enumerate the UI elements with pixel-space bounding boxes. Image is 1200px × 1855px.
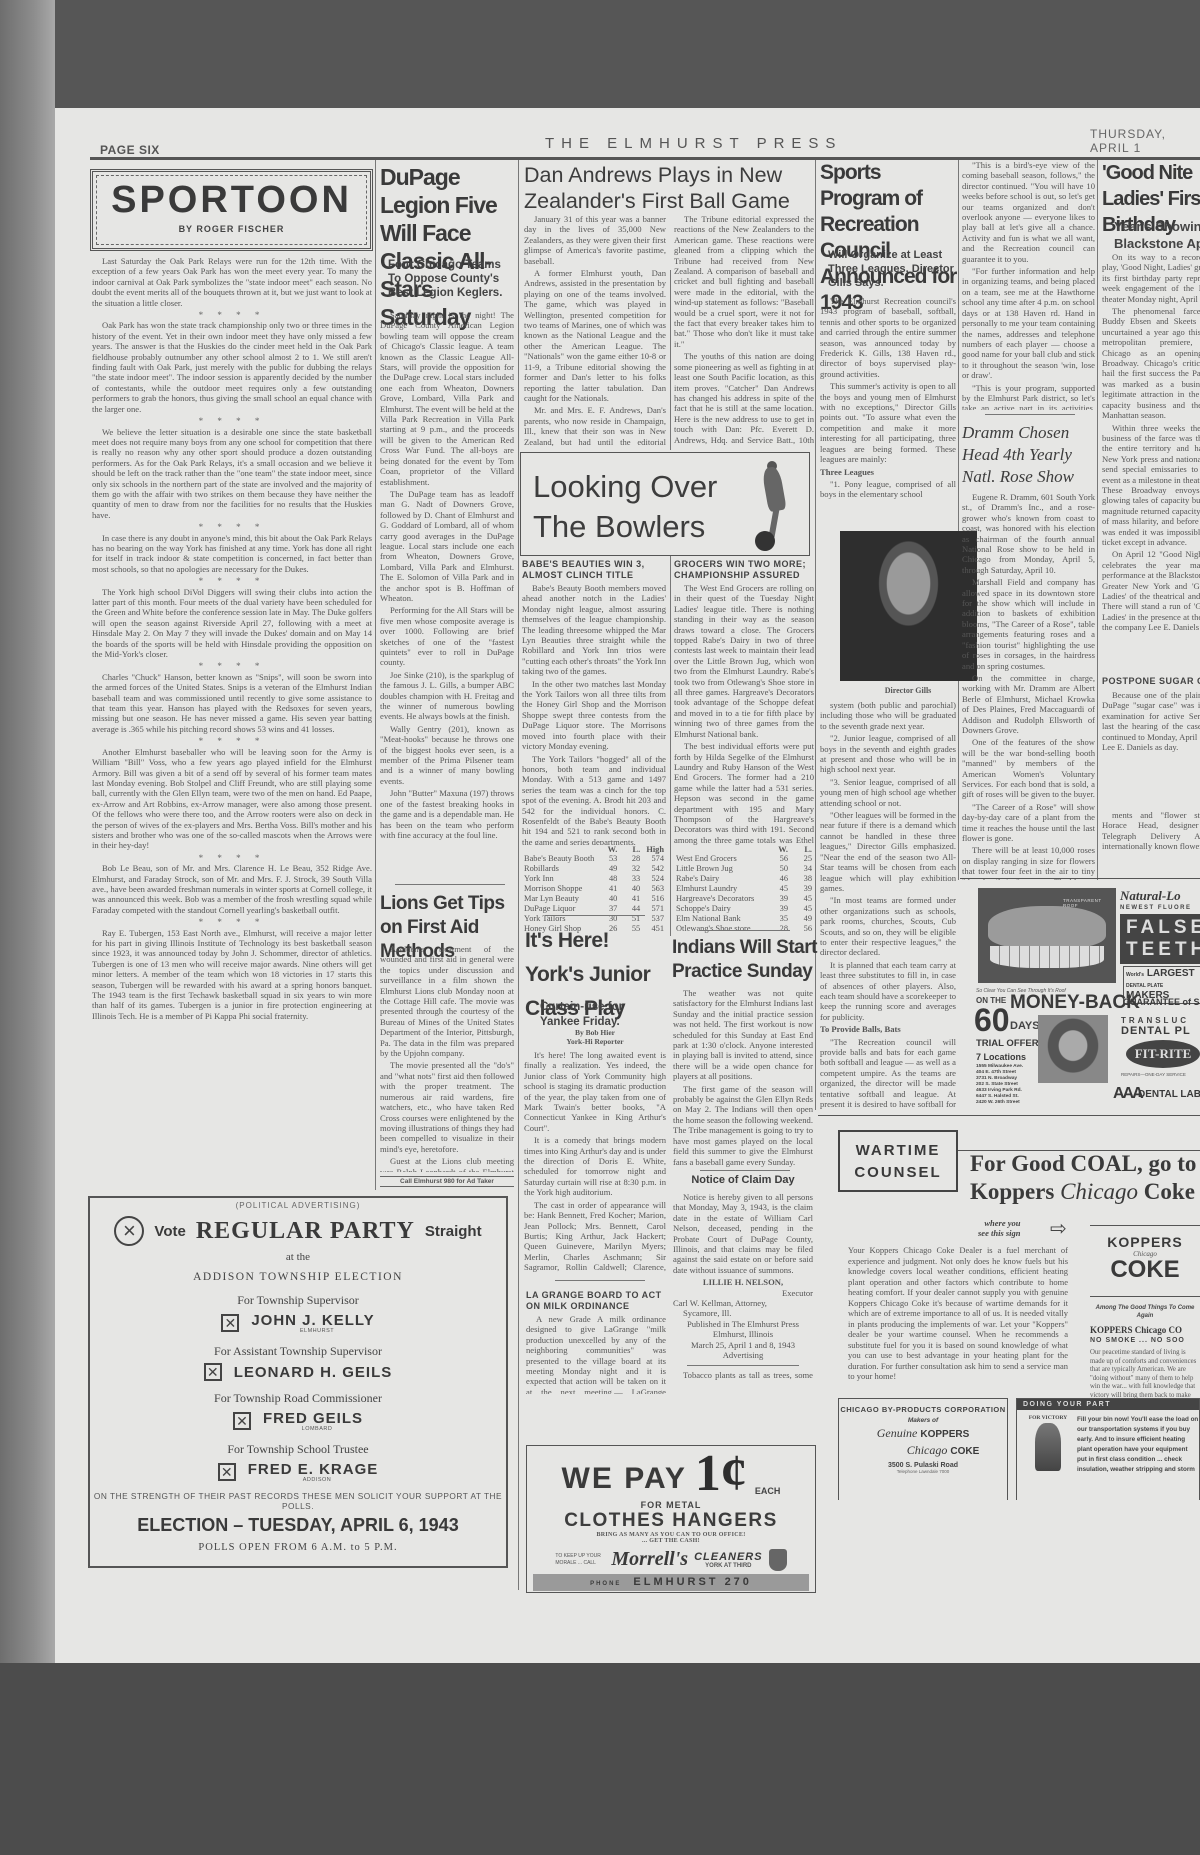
indians-headline: Indians Will Start Practice Sunday <box>672 936 817 984</box>
no-smoke-text: NO SMOKE ... NO SOO <box>1090 1337 1185 1344</box>
divider <box>395 884 505 885</box>
recreation-col2: "This is a bird's-eye view of the coming… <box>962 160 1095 410</box>
guarantee-text: GUARANTEE of Sat <box>1123 997 1200 1007</box>
divider <box>818 1115 1200 1116</box>
issue-date: THURSDAY, APRIL 1 <box>1090 127 1200 155</box>
where-you-text: where you <box>978 1218 1021 1228</box>
legion-headline: DuPage Legion Five Will Face Classic All… <box>380 163 515 331</box>
minuteman-icon <box>1035 1423 1061 1471</box>
office-title: For Township Road Commissioner <box>90 1391 506 1406</box>
paragraph: The West End Grocers are rolling on in t… <box>674 583 814 739</box>
phone-number: ELMHURST 270 <box>633 1576 752 1588</box>
polls-hours: POLLS OPEN FROM 6 A.M. to 5 P.M. <box>90 1542 506 1553</box>
section-divider: * * * * <box>92 310 372 320</box>
koppers-coke-logo: KOPPERS Chicago COKE <box>1090 1225 1200 1297</box>
table-row: Rabe's Dairy4638 <box>674 874 814 884</box>
solicit-text: ON THE STRENGTH OF THEIR PAST RECORDS TH… <box>90 1491 506 1511</box>
andrews-col2: The Tribune editorial expressed the reac… <box>674 214 814 446</box>
locations-list: 1555 Milwaukee Ave. 404 E. 47th Street 3… <box>976 1064 1023 1106</box>
dental-lab-text: DENTAL LABORATOR <box>1138 1089 1200 1100</box>
paragraph: Performing for the All Stars will be fiv… <box>380 605 514 667</box>
cleaners-text: CLEANERS <box>694 1551 763 1563</box>
phone-label: PHONE <box>590 1581 621 1587</box>
section-divider: * * * * <box>92 576 372 586</box>
section-divider: * * * * <box>92 522 372 532</box>
fit-rite-logo: FIT-RITE <box>1126 1040 1200 1068</box>
subsection-heading: To Provide Balls, Bats <box>820 1024 956 1034</box>
paragraph: It is planned that each team carry at le… <box>820 960 956 1022</box>
bowlers-left-article: Babe's Beauty Booth members moved ahead … <box>522 583 666 845</box>
play-subhead: Curtain-rise for Yankee Friday. <box>540 1000 665 1030</box>
logo-koppers: KOPPERS <box>1090 1234 1200 1250</box>
paragraph: The best individual efforts were put for… <box>674 741 814 845</box>
political-advertisement: (POLITICAL ADVERTISING) × Vote REGULAR P… <box>88 1196 508 1568</box>
candidate-row: ✕ FRED E. KRAGE ADDISON <box>90 1461 506 1483</box>
candidate-name: LEONARD H. GEILS <box>234 1364 393 1381</box>
where-you-see-sign: where you see this sign <box>978 1218 1021 1238</box>
bowlers-left-head: BABE'S BEAUTIES WIN 3, ALMOST CLINCH TIT… <box>522 559 666 581</box>
table-row: Elm National Bank3549 <box>674 914 814 924</box>
good-nite-article: On its way to a record Chicago play, 'Go… <box>1102 252 1200 672</box>
divider <box>700 1170 790 1171</box>
election-date: ELECTION – TUESDAY, APRIL 6, 1943 <box>90 1515 506 1536</box>
lagrange-article: A new Grade A milk ordinance designed to… <box>526 1314 666 1394</box>
morrells-brand-row: TO KEEP UP YOUR MORALE ... CALL Morrell'… <box>527 1548 815 1571</box>
teeth-word: TEETH <box>1126 939 1200 961</box>
section-divider: * * * * <box>92 661 372 671</box>
paragraph: The Elmhurst Recreation council's 1943 p… <box>820 296 956 379</box>
corporation-telephone: Telephone Lawndale 7000 <box>839 1469 1007 1474</box>
table-row: DuPage Liquor3744571 <box>522 904 666 914</box>
byline-name: By Bob Hier <box>524 1028 666 1037</box>
published-city: Elmhurst, Illinois <box>673 1329 813 1339</box>
column-rule <box>1097 160 1098 880</box>
straight-word: Straight <box>425 1223 482 1240</box>
paragraph: Mr. and Mrs. E. F. Andrews, Dan's parent… <box>524 405 666 446</box>
vote-word: Vote <box>154 1223 185 1240</box>
candidate-row: ✕ LEONARD H. GEILS <box>90 1363 506 1381</box>
makers-of-text: Makers of <box>839 1417 1007 1424</box>
scan-border-top <box>0 0 1200 108</box>
candidate-row: ✕ JOHN J. KELLY ELMHURST <box>90 1312 506 1334</box>
koppers-coke-ad: WARTIME COUNSEL For Good COAL, go to you… <box>828 1130 1200 1500</box>
recreation-article-cont: system (both public and parochial) inclu… <box>820 700 956 1110</box>
paragraph: "1. Pony league, comprised of all boys i… <box>820 479 956 500</box>
morale-text: TO KEEP UP YOUR MORALE ... CALL <box>555 1553 605 1567</box>
paragraph: Wally Gentry (201), known as "Meat-hooks… <box>380 724 514 786</box>
corporation-address: 3500 S. Pulaski Road <box>839 1462 1007 1469</box>
column-rule <box>375 160 376 1190</box>
koppers-word: Koppers <box>970 1179 1054 1204</box>
translucent-text: TRANSLUC <box>1121 1016 1189 1025</box>
paragraph: The York Tailors "hogged" all of the hon… <box>522 754 666 846</box>
divider <box>555 1280 645 1281</box>
standings-table: W.L.High Babe's Beauty Booth5328574 Robi… <box>522 845 666 934</box>
false-teeth-block: FALSE TEETH <box>1120 914 1200 964</box>
table-row: Otlewang's Shoe store2856 <box>674 924 814 934</box>
office-title: For Assistant Township Supervisor <box>90 1344 506 1359</box>
claim-headline: Notice of Claim Day <box>672 1174 814 1186</box>
attorney: Carl W. Kellman, Attorney, <box>673 1298 813 1308</box>
divider <box>687 1365 799 1366</box>
paragraph: Saturday night is the night! The DuPage … <box>380 310 514 487</box>
newest-text: NEWEST FLUORE <box>1120 905 1192 911</box>
bowlers-right-head: GROCERS WIN TWO MORE; CHAMPIONSHIP ASSUR… <box>674 559 814 581</box>
section-divider: * * * * <box>92 416 372 426</box>
koppers-chicago-text: KOPPERS Chicago CO <box>1090 1325 1182 1335</box>
divider <box>960 878 1200 879</box>
at-the-text: at the <box>90 1251 506 1263</box>
paragraph: The DuPage team has as leadoff man G. Na… <box>380 489 514 603</box>
flower-designer-text: ments and "flower styling" be Horace Hea… <box>1102 810 1200 874</box>
recreation-headline: Sports Program of Recreation Council Ann… <box>820 160 960 316</box>
postpone-head: POSTPONE SUGAR CA <box>1102 676 1200 687</box>
scan-border-bottom <box>0 1663 1200 1855</box>
chicago-word: Chicago <box>1060 1179 1138 1204</box>
paragraph: Within three weeks the booming business … <box>1102 423 1200 548</box>
paragraph: Babe's Beauty Booth members moved ahead … <box>522 583 666 677</box>
paragraph: In case there is any doubt in anyone's m… <box>92 533 372 575</box>
vote-party-row: × Vote REGULAR PARTY Straight <box>90 1216 506 1246</box>
paragraph: Ray E. Tubergen, 153 East North ave., El… <box>92 928 372 1022</box>
paragraph: There will be at least 10,000 roses on d… <box>962 845 1095 880</box>
crest-icon <box>769 1549 787 1571</box>
claim-notice: Notice is hereby given to all persons th… <box>673 1192 813 1382</box>
candidate-name: FRED E. KRAGE <box>248 1461 379 1478</box>
sportoon-byline: BY ROGER FISCHER <box>97 224 366 234</box>
koppers-headline: For Good COAL, go to you Koppers Chicago… <box>970 1150 1200 1206</box>
counsel-text: COUNSEL <box>840 1162 956 1184</box>
attorney-city: Sycamore, Ill. <box>673 1308 813 1318</box>
get-cash-text: ... GET THE CASH! <box>527 1538 815 1544</box>
clothes-hangers-headline: CLOTHES HANGERS <box>527 1510 815 1532</box>
bowlers-right-article: The West End Grocers are rolling on in t… <box>674 583 814 845</box>
executor-name: LILLIE H. NELSON, <box>673 1277 813 1287</box>
doing-your-part-box: DOING YOUR PART FOR VICTORY Fill your bi… <box>1016 1398 1200 1500</box>
paragraph: Because one of the plaintiff in the DuPa… <box>1102 690 1200 752</box>
candidate-row: ✕ FRED GEILS LOMBARD <box>90 1410 506 1432</box>
paragraph: The York high school DiVol Diggers will … <box>92 587 372 660</box>
table-row: Hargreave's Decorators3945 <box>674 894 814 904</box>
paragraph: Marshall Field and company has allowed s… <box>962 577 1095 671</box>
table-row: York Inn4833524 <box>522 874 666 884</box>
section-divider: * * * * <box>92 736 372 746</box>
coke-text: COKE <box>950 1446 979 1457</box>
lagrange-head: LA GRANGE BOARD TO ACT ON MILK ORDINANCE <box>526 1290 666 1312</box>
for-victory-text: FOR VICTORY <box>1023 1415 1073 1421</box>
ballot-check-icon: ✕ <box>221 1314 239 1332</box>
divider <box>985 414 1075 415</box>
paragraph: "For further information and help in org… <box>962 266 1095 380</box>
paragraph: A new Grade A milk ordinance designed to… <box>526 1314 666 1394</box>
election-name: ADDISON TOWNSHIP ELECTION <box>90 1271 506 1283</box>
political-advertising-label: (POLITICAL ADVERTISING) <box>90 1201 506 1210</box>
recreation-subhead: Will Organize at Least Three Leagues, Di… <box>828 248 956 290</box>
play-article: It's here! The long awaited event is fin… <box>524 1050 666 1275</box>
table-row: Little Brown Jug5034 <box>674 864 814 874</box>
paragraph: On the committee in charge, working with… <box>962 673 1095 735</box>
false-teeth-ad: TRANSPARENT ROOF Natural-Lo NEWEST FLUOR… <box>968 880 1200 1110</box>
sportoon-banner: SPORTOON BY ROGER FISCHER <box>90 169 373 251</box>
party-name: REGULAR PARTY <box>196 1218 415 1245</box>
indians-article: The weather was not quite satisfactory f… <box>673 988 813 1168</box>
paragraph: ments and "flower styling" be Horace Hea… <box>1102 810 1200 852</box>
false-word: FALSE <box>1126 917 1200 939</box>
paragraph: Eugene R. Dramm, 601 South York st., of … <box>962 492 1095 575</box>
sixty-days-number: 60 <box>974 1004 1010 1036</box>
lions-article: Accidents, treatment of the wounded and … <box>380 944 514 1172</box>
paragraph: The cast in order of appearance will be:… <box>524 1200 666 1275</box>
candidate-name: JOHN J. KELLY <box>251 1312 374 1329</box>
paragraph: On its way to a record Chicago play, 'Go… <box>1102 252 1200 304</box>
we-pay-text: WE PAY <box>562 1462 687 1496</box>
dental-plate-text: DENTAL PLATE <box>1126 983 1163 989</box>
money-back-text: MONEY-BACK <box>1010 992 1140 1014</box>
legion-article: Saturday night is the night! The DuPage … <box>380 310 514 840</box>
paragraph: Tobacco plants as tall as trees, some of… <box>673 1370 813 1383</box>
paragraph: This summer's activity is open to all th… <box>820 381 956 464</box>
table-row: West End Grocers5625 <box>674 854 814 864</box>
postpone-article: Because one of the plaintiff in the DuPa… <box>1102 690 1200 800</box>
paragraph: Notice is hereby given to all persons th… <box>673 1192 813 1275</box>
section-divider: * * * * <box>92 853 372 863</box>
paragraph: The phenomenal farce, starring Buddy Ebs… <box>1102 306 1200 420</box>
office-title: For Township Supervisor <box>90 1293 506 1308</box>
wartime-counsel-box: WARTIME COUNSEL <box>838 1130 958 1192</box>
table-row: Morrison Shoppe4140563 <box>522 884 666 894</box>
koppers-text: KOPPERS <box>920 1429 969 1440</box>
paragraph: One of the features of the show will be … <box>962 737 1095 799</box>
paragraph: Guest at the Lions club meeting was Ralp… <box>380 1156 514 1172</box>
one-cent-amount: 1¢ <box>695 1452 747 1496</box>
paragraph: "In most teams are formed under other or… <box>820 895 956 957</box>
ladies-tuesday-standings: W.L. West End Grocers5625 Little Brown J… <box>674 845 814 934</box>
recreation-article: The Elmhurst Recreation council's 1943 p… <box>820 296 956 524</box>
paragraph: The movie presented all the "do's" and "… <box>380 1060 514 1154</box>
paragraph: "The Career of a Rose" will show day-by-… <box>962 802 1095 844</box>
paragraph: The Tribune editorial expressed the reac… <box>674 214 814 349</box>
good-nite-clip: 'Good Nite Ladies' First Birthday Year's… <box>1100 160 1200 880</box>
trial-offer-text: TRIAL OFFER <box>976 1038 1039 1049</box>
paragraph: The youths of this nation are doing some… <box>674 351 814 446</box>
scan-border-left <box>0 0 55 1855</box>
paragraph: January 31 of this year was a banner day… <box>524 214 666 266</box>
for-victory-illustration: FOR VICTORY <box>1023 1415 1073 1475</box>
page-number: PAGE SIX <box>100 143 160 157</box>
transparent-roof-label: TRANSPARENT ROOF <box>1063 898 1116 908</box>
paragraph: It's here! The long awaited event is fin… <box>524 1050 666 1133</box>
paragraph: Another Elmhurst baseballer who will be … <box>92 747 372 851</box>
each-text: EACH <box>755 1486 781 1496</box>
advertising-tag: Advertising <box>673 1350 813 1360</box>
good-nite-subhead: Year's Showing at Blackstone April <box>1114 218 1200 252</box>
among-good-things-text: Among The Good Things To Come Again <box>1090 1304 1200 1320</box>
paragraph: We believe the letter situation is a des… <box>92 427 372 521</box>
table-row: Schoppe's Dairy3945 <box>674 904 814 914</box>
worlds-text: World's <box>1126 972 1144 978</box>
subsection-heading: Three Leagues <box>820 467 956 477</box>
published-in: Published in The Elmhurst Press <box>673 1319 813 1329</box>
circled-x-icon: × <box>114 1216 144 1246</box>
executor-role: Executor <box>673 1288 813 1298</box>
ad-taker-note: Call Elmhurst 980 for Ad Taker <box>380 1176 514 1187</box>
table-row: Mar Lyn Beauty4041516 <box>522 894 666 904</box>
logo-coke: COKE <box>1090 1258 1200 1282</box>
woman-portrait-icon <box>1038 1015 1108 1083</box>
paragraph: "2. Junior league, comprised of all boys… <box>820 733 956 775</box>
dental-plate-heading: DENTAL PL <box>1121 1025 1191 1037</box>
publication-dates: March 25, April 1 and 8, 1943 <box>673 1340 813 1350</box>
paragraph: Accidents, treatment of the wounded and … <box>380 944 514 1058</box>
doing-your-part-header: DOING YOUR PART <box>1017 1399 1199 1410</box>
headline-line-1: For Good COAL, go to you <box>970 1150 1200 1178</box>
dramm-article: Eugene R. Dramm, 601 South York st., of … <box>962 492 1095 880</box>
ballot-check-icon: ✕ <box>204 1363 222 1381</box>
andrews-headline: Dan Andrews Plays in New Zealander's Fir… <box>524 162 814 214</box>
phone-band: PHONEELMHURST 270 <box>533 1574 809 1591</box>
paragraph: It is a comedy that brings modern times … <box>524 1135 666 1197</box>
paragraph: "Other leagues will be formed in the nea… <box>820 810 956 893</box>
cleaners-address: YORK AT THIRD <box>694 1563 763 1569</box>
paragraph: Last Saturday the Oak Park Relays were r… <box>92 256 372 308</box>
paper-name: THE ELMHURST PRESS <box>545 135 842 152</box>
paragraph: A former Elmhurst youth, Dan Andrews, as… <box>524 268 666 403</box>
chicago-text: Chicago <box>907 1443 948 1457</box>
column-rule <box>670 556 671 936</box>
play-byline: By Bob Hier York-Hi Reporter <box>524 1028 666 1046</box>
largest-text: LARGEST <box>1147 968 1195 979</box>
location-item: 2420 W. 26th Street <box>976 1100 1023 1106</box>
paragraph: John "Butter" Maxuna (197) throws one of… <box>380 788 514 840</box>
standings-table: W.L. West End Grocers5625 Little Brown J… <box>674 845 814 934</box>
dramm-headline: Dramm Chosen Head 4th Yearly Natl. Rose … <box>962 422 1097 488</box>
paragraph: On April 12 "Good Night, Ladies" celebra… <box>1102 549 1200 632</box>
koppers-body-text: Your Koppers Chicago Coke Dealer is a fu… <box>848 1245 1068 1382</box>
bowlers-title: Looking Over The Bowlers <box>533 467 733 547</box>
paragraph: The first game of the season will probab… <box>673 1084 813 1167</box>
office-title: For Township School Trustee <box>90 1442 506 1457</box>
table-row: Robillards4932542 <box>522 864 666 874</box>
paragraph: system (both public and parochial) inclu… <box>820 700 956 731</box>
sportoon-column: Last Saturday the Oak Park Relays were r… <box>92 256 372 1186</box>
wartime-text: WARTIME <box>840 1140 956 1162</box>
section-divider: * * * * <box>92 917 372 927</box>
table-row: Babe's Beauty Booth5328574 <box>522 854 666 864</box>
ballot-check-icon: ✕ <box>233 1412 251 1430</box>
ballot-check-icon: ✕ <box>218 1463 236 1481</box>
coke-dealer-word: Coke Deal <box>1144 1179 1200 1204</box>
morrells-logo: Morrell's <box>611 1548 688 1571</box>
bowler-illustration-icon <box>755 461 795 549</box>
paragraph: Charles "Chuck" Hanson, better known as … <box>92 672 372 734</box>
director-gills-photo <box>840 531 977 681</box>
paragraph: Bob Le Beau, son of Mr. and Mrs. Clarenc… <box>92 863 372 915</box>
andrews-col1: January 31 of this year was a banner day… <box>524 214 666 446</box>
see-sign-text: see this sign <box>978 1228 1021 1238</box>
paragraph: The weather was not quite satisfactory f… <box>673 988 813 1082</box>
column-rule <box>670 270 671 450</box>
column-rule <box>518 160 519 1590</box>
paragraph: "This is a bird's-eye view of the coming… <box>962 160 1095 264</box>
sportoon-title: SPORTOON <box>97 176 366 224</box>
natural-look-text: Natural-Lo <box>1120 888 1181 904</box>
bowlers-banner: Looking Over The Bowlers <box>520 452 810 556</box>
repairs-text: REPAIRS—ONE-DAY SERVICE <box>1121 1072 1186 1077</box>
table-row: Elmhurst Laundry4539 <box>674 884 814 894</box>
ladies-monday-standings: W.L.High Babe's Beauty Booth5328574 Robi… <box>522 845 666 934</box>
divider <box>700 930 790 931</box>
paragraph: "The Recreation council will provide bal… <box>820 1037 956 1110</box>
we-pay-row: WE PAY 1¢ EACH <box>527 1452 815 1496</box>
paragraph: In the other two matches last Monday the… <box>522 679 666 752</box>
for-metal-text: FOR METAL <box>527 1500 815 1510</box>
corporation-name: CHICAGO BY-PRODUCTS CORPORATION <box>839 1405 1007 1415</box>
paragraph: Oak Park has won the state track champio… <box>92 320 372 414</box>
paragraph: Joe Sinke (210), is the sparkplug of the… <box>380 670 514 722</box>
paragraph: "This is your program, supported by the … <box>962 383 1095 410</box>
byline-role: York-Hi Reporter <box>524 1037 666 1046</box>
arrow-right-icon: ⇨ <box>1050 1216 1067 1241</box>
locations-heading: 7 Locations <box>976 1052 1026 1062</box>
paragraph: "3. Senior league, comprised of all youn… <box>820 777 956 808</box>
chicago-byproducts-box: CHICAGO BY-PRODUCTS CORPORATION Makers o… <box>838 1398 1008 1500</box>
genuine-text: Genuine <box>877 1426 918 1440</box>
candidate-name: FRED GEILS <box>263 1410 363 1427</box>
fill-your-bin-text: Fill your bin now! You'll ease the load … <box>1077 1415 1199 1475</box>
divider <box>545 915 645 916</box>
clothes-hangers-ad: WE PAY 1¢ EACH FOR METAL CLOTHES HANGERS… <box>526 1445 816 1593</box>
dentures-illustration-icon: TRANSPARENT ROOF <box>978 888 1116 983</box>
legion-subhead: Four Chicago Teams To Oppose County's Be… <box>388 258 516 300</box>
